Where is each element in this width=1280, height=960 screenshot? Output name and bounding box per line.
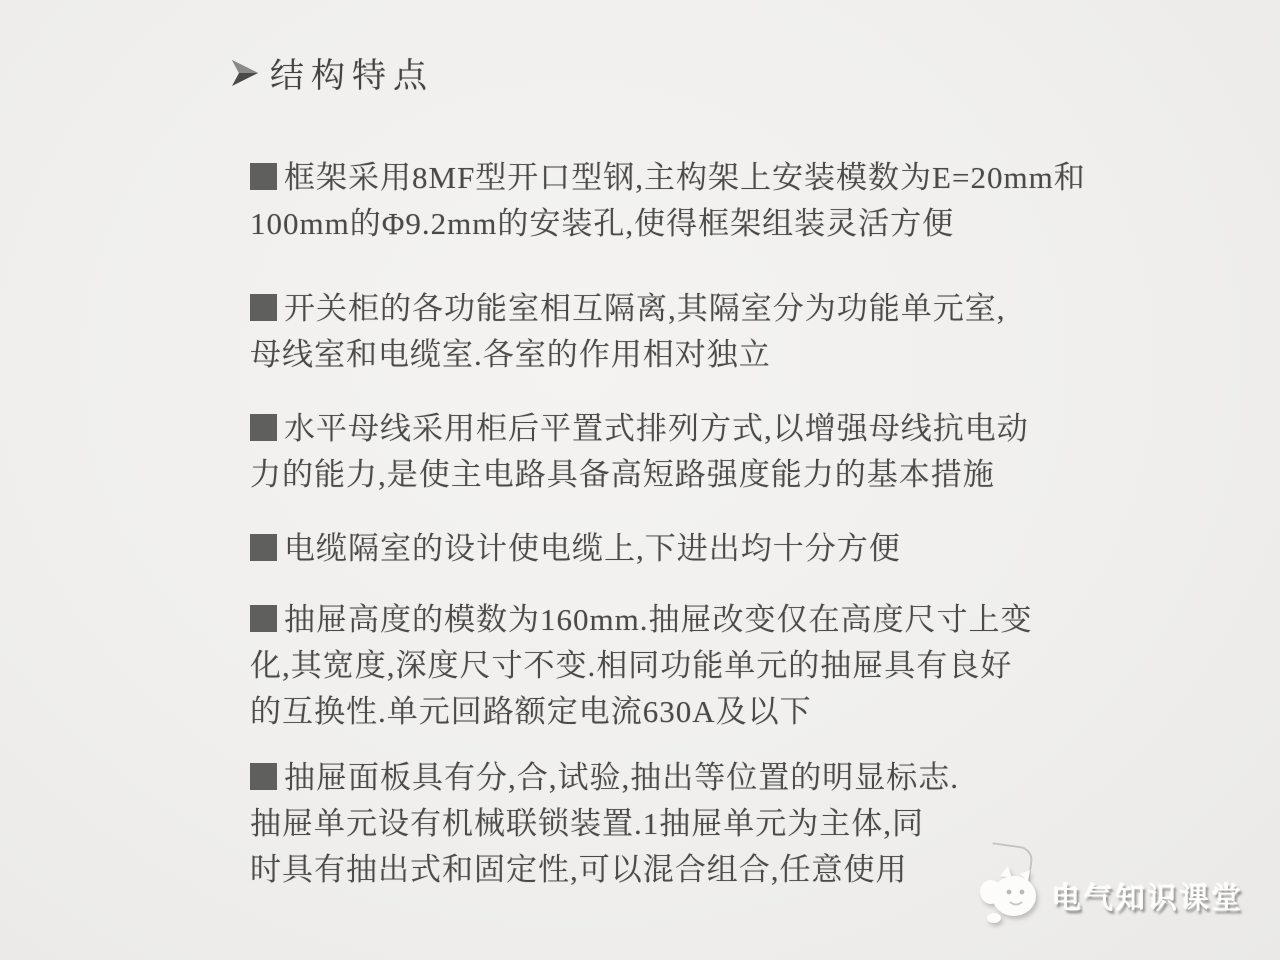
page-title-text: 结构特点 xyxy=(270,48,434,97)
bullet-line: 水平母线采用柜后平置式排列方式,以增强母线抗电动 xyxy=(284,411,1029,446)
bullet-item: 抽屉高度的模数为160mm.抽屉改变仅在高度尺寸上变 化,其宽度,深度尺寸不变.… xyxy=(250,597,1160,735)
bullet-line: 抽屉单元设有机械联锁装置.1抽屉单元为主体,同 xyxy=(250,801,1160,847)
square-bullet-icon xyxy=(250,534,277,561)
cat-mascot-icon xyxy=(978,862,1040,930)
square-bullet-icon xyxy=(250,763,277,790)
bullet-item: 电缆隔室的设计使电缆上,下进出均十分方便 xyxy=(250,526,1160,572)
bullet-line: 力的能力,是使主电路具备高短路强度能力的基本措施 xyxy=(250,452,1160,498)
bullet-line: 电缆隔室的设计使电缆上,下进出均十分方便 xyxy=(284,531,901,566)
bullet-item: 开关柜的各功能室相互隔离,其隔室分为功能单元室, 母线室和电缆室.各室的作用相对… xyxy=(250,286,1160,378)
bullet-line: 抽屉高度的模数为160mm.抽屉改变仅在高度尺寸上变 xyxy=(284,602,1032,637)
watermark-text: 电气知识课堂 xyxy=(1052,876,1244,917)
arrow-bullet-icon xyxy=(230,58,260,88)
bullet-line: 的互换性.单元回路额定电流630A及以下 xyxy=(250,689,1160,735)
square-bullet-icon xyxy=(250,294,277,321)
bullet-item: 水平母线采用柜后平置式排列方式,以增强母线抗电动 力的能力,是使主电路具备高短路… xyxy=(250,406,1160,498)
bullet-item: 框架采用8MF型开口型钢,主构架上安装模数为E=20mm和 100mm的Φ9.2… xyxy=(250,155,1160,247)
slide-background: 结构特点 框架采用8MF型开口型钢,主构架上安装模数为E=20mm和 100mm… xyxy=(0,0,1280,960)
watermark: 电气知识课堂 xyxy=(978,862,1244,930)
page-title: 结构特点 xyxy=(230,48,434,97)
bullet-line: 母线室和电缆室.各室的作用相对独立 xyxy=(250,332,1160,378)
bullet-line: 框架采用8MF型开口型钢,主构架上安装模数为E=20mm和 xyxy=(284,160,1086,195)
square-bullet-icon xyxy=(250,605,277,632)
bullet-line: 开关柜的各功能室相互隔离,其隔室分为功能单元室, xyxy=(284,291,1006,326)
square-bullet-icon xyxy=(250,163,277,190)
bullet-line: 抽屉面板具有分,合,试验,抽出等位置的明显标志. xyxy=(284,760,959,795)
bullet-line: 100mm的Φ9.2mm的安装孔,使得框架组装灵活方便 xyxy=(250,201,1160,247)
square-bullet-icon xyxy=(250,414,277,441)
bullet-line: 化,其宽度,深度尺寸不变.相同功能单元的抽屉具有良好 xyxy=(250,643,1160,689)
